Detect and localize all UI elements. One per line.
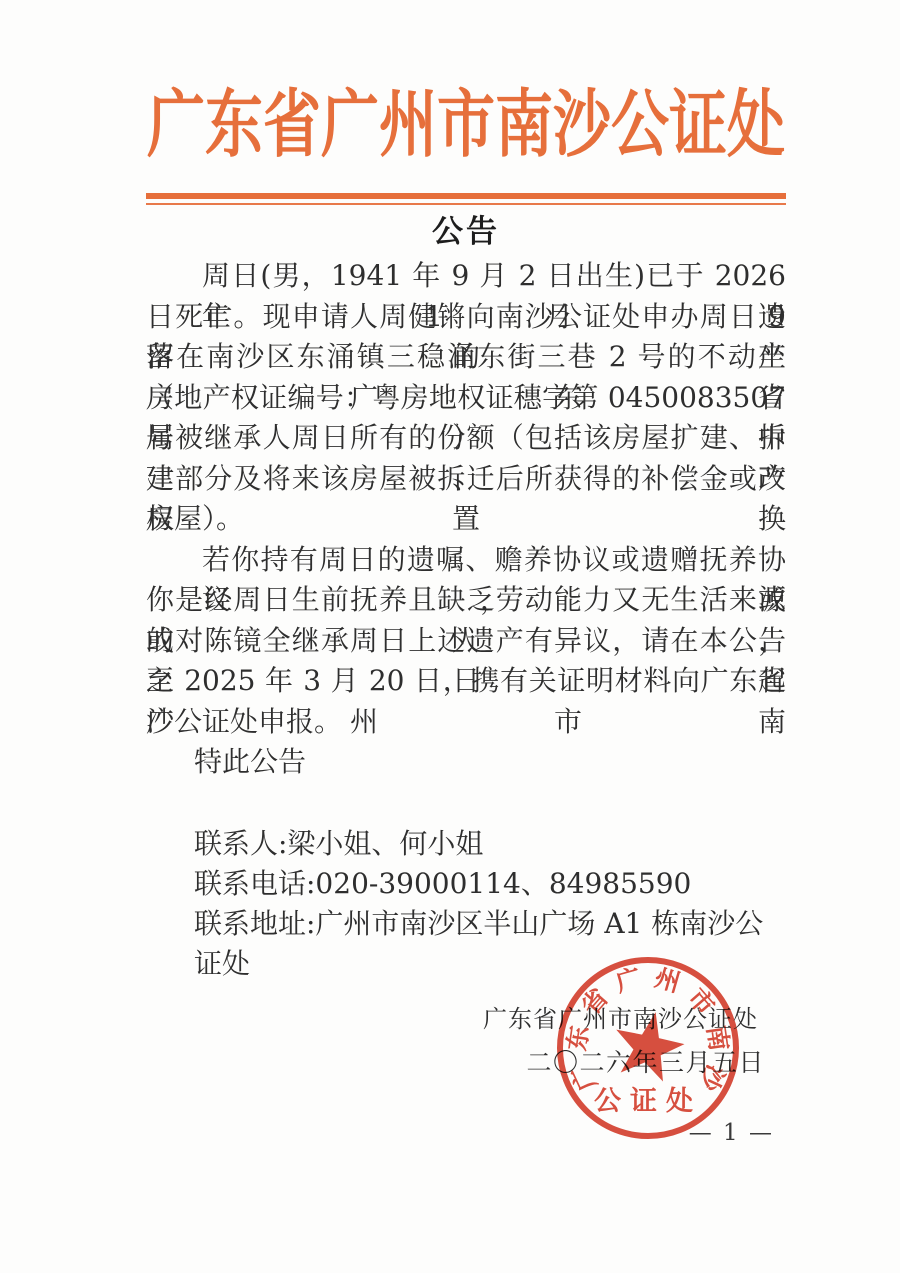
seal-ring-char: 东 xyxy=(562,1024,594,1053)
letterhead-rule-thin xyxy=(146,203,786,205)
body-line: 建部分及将来该房屋被拆迁后所获得的补偿金或产权置换 xyxy=(146,459,786,500)
contact-phone-line: 联系电话:020-39000114、84985590 xyxy=(146,864,786,904)
body-line: 房地产权证编号：粤房地权证穗字第 0450083507 号）中 xyxy=(146,378,786,419)
seal-ring-char: 南 xyxy=(702,1024,734,1053)
notary-seal: 广 东 省 广 州 市 南 沙 公证处 xyxy=(548,948,748,1148)
contact-address-line: 联系地址:广州市南沙区半山广场 A1 栋南沙公证处 xyxy=(146,904,786,944)
body-line: 日死亡。现申请人周健锵向南沙公证处申办周日遗留的坐 xyxy=(146,297,786,338)
body-line: 若你持有周日的遗嘱、赡养协议或遗赠抚养协议，或 xyxy=(146,540,786,581)
body-line: 或对陈镜全继承周日上述遗产有异议，请在本公告之日起 xyxy=(146,621,786,662)
notice-heading: 公告 xyxy=(136,206,796,251)
closing-line: 特此公告 xyxy=(146,742,786,783)
seal-ring-char: 州 xyxy=(651,963,683,998)
contact-person-line: 联系人:梁小姐、何小姐 xyxy=(146,824,786,864)
star-icon xyxy=(608,1005,690,1084)
body-line: 落在南沙区东涌镇三稳涌东街三巷 2 号的不动产（广东省 xyxy=(146,337,786,378)
seal-bottom-text: 公证处 xyxy=(594,1086,702,1117)
letterhead-rule-thick xyxy=(146,193,786,199)
contact-block: 联系人:梁小姐、何小姐 联系电话:020-39000114、84985590 联… xyxy=(146,824,786,944)
body-line: 周日(男，1941 年 9 月 2 日出生)已于 2026 年 1 月 9 xyxy=(146,256,786,297)
seal-ring-char: 广 xyxy=(613,963,645,998)
letterhead-title: 广东省广州市南沙公证处 xyxy=(136,88,796,161)
body-line: 属被继承人周日所有的份额（包括该房屋扩建、拆建、改 xyxy=(146,418,786,459)
notice-body: 周日(男，1941 年 9 月 2 日出生)已于 2026 年 1 月 9 日死… xyxy=(146,256,786,783)
body-line: 你是经周日生前抚养且缺乏劳动能力又无生活来源的人， xyxy=(146,580,786,621)
notice-document: 广东省广州市南沙公证处 公告 周日(男，1941 年 9 月 2 日出生)已于 … xyxy=(0,0,900,1273)
body-line: 至 2025 年 3 月 20 日，携有关证明材料向广东省广州市南 xyxy=(146,661,786,702)
